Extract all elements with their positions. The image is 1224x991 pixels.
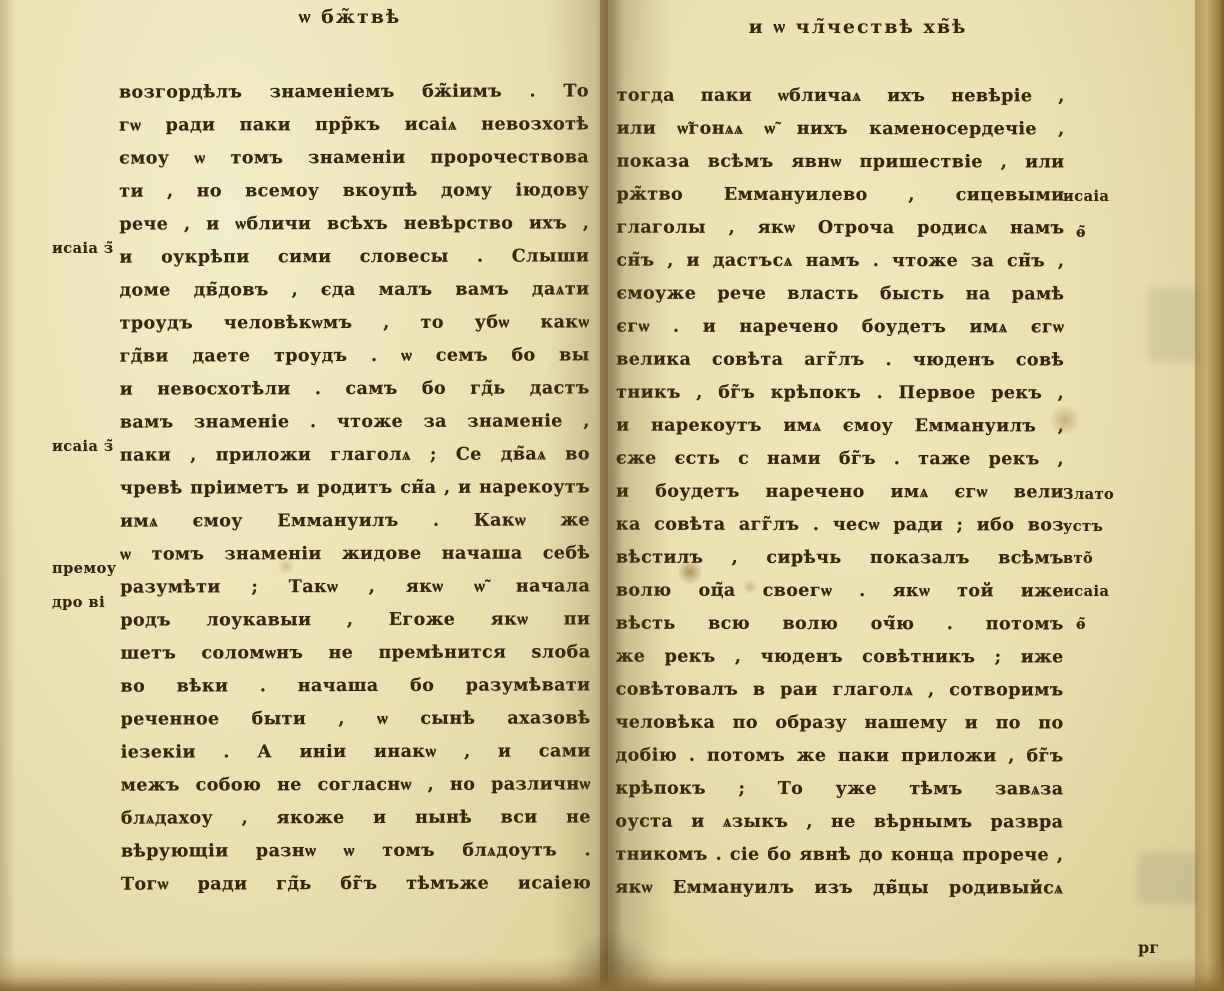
- text-line: и нарекоутъ имѧ ємоу Еммануилъ ,: [616, 410, 1064, 444]
- text-line: тникомъ . сіе бо явнѣ до конца прорече ,: [615, 839, 1063, 873]
- text-line: вамъ знаменіе . чтоже за знаменіе ,: [120, 405, 590, 439]
- text-line: велика совѣта агг̃лъ . чюденъ совѣ: [616, 344, 1064, 378]
- text-line: ѡ томъ знаменіи жидове начаша себѣ: [120, 537, 590, 571]
- text-line: рече , и ѡбличи всѣхъ невѣрство ихъ ,: [119, 207, 589, 241]
- text-line: ка совѣта агг̃лъ . чесѡ ради ; ибо воз: [616, 509, 1064, 543]
- text-line: вѣстилъ , сирѣчь показалъ всѣмъ: [616, 542, 1064, 576]
- text-line: родъ лоукавыи , Егоже якѡ пи: [120, 603, 590, 637]
- page-edge-right: [1194, 0, 1224, 991]
- text-line: чревѣ пріиметъ и родитъ сн̃а , и нарекоу…: [120, 471, 590, 505]
- text-line: добію . потомъ же паки приложи , бг̃ъ: [616, 740, 1064, 774]
- text-line: єже єсть с нами бг̃ъ . таже рекъ ,: [616, 443, 1064, 477]
- text-line: ємоу ѡ томъ знаменіи пророчествова: [119, 141, 589, 175]
- text-line: доме дв̃довъ , єда малъ вамъ даѧти: [119, 273, 589, 307]
- running-header-left: ѡ бж̃твѣ: [140, 6, 560, 29]
- text-line: вѣрующіи разнѡ ѡ томъ блѧдоутъ .: [121, 834, 591, 868]
- right-text-block: тогда паки ѡбличаѧ ихъ невѣріе , или ѡ̃г…: [615, 80, 1064, 906]
- text-line: ємоуже рече власть бысть на рамѣ: [616, 278, 1064, 312]
- margin-note: исаіа: [1063, 583, 1109, 600]
- page-number: рг: [1138, 938, 1159, 957]
- margin-note: исаіа з̃: [52, 438, 114, 455]
- margin-note: исаіа: [1063, 188, 1109, 205]
- text-line: реченное быти , ѡ сынѣ ахазовѣ: [121, 702, 591, 736]
- text-line: оуста и ѧзыкъ , не вѣрнымъ развра: [615, 806, 1063, 840]
- text-line: троудъ человѣкѡмъ , то убѡ какѡ: [120, 306, 590, 340]
- margin-note: устъ: [1063, 518, 1103, 535]
- text-line: человѣка по образу нашему и по по: [616, 707, 1064, 741]
- margin-note: ѳ̃: [1076, 616, 1086, 633]
- text-line: и оукрѣпи сими словесы . Слыши: [119, 240, 589, 274]
- text-line: или ѡ̃гонѧѧ ѡ̃ нихъ каменосердечіе ,: [617, 113, 1065, 147]
- text-line: глаголы , якѡ Отроча родисѧ намъ: [616, 212, 1064, 246]
- margin-note: вто̃: [1063, 550, 1093, 567]
- text-line: іезекіи . А иніи инакѡ , и сами: [121, 735, 591, 769]
- book-scan: ѡ бж̃твѣ возгордѣлъ знаменіемъ бж̃іимъ .…: [0, 0, 1224, 991]
- text-line: рж̃тво Еммануилево , сицевыми: [616, 179, 1064, 213]
- margin-note: дро ві: [52, 594, 105, 611]
- text-line: єгѡ . и наречено боудетъ имѧ єгѡ: [616, 311, 1064, 345]
- text-line: сн̃ъ , и дастъсѧ намъ . чтоже за сн̃ъ ,: [616, 245, 1064, 279]
- text-line: якѡ Еммануилъ изъ дв̃цы родивыйсѧ: [615, 872, 1063, 906]
- margin-note: исаіа з̃: [52, 240, 114, 257]
- text-line: гѡ ради паки прр̃къ исаіѧ невозхотѣ: [119, 108, 589, 142]
- left-text-block: возгордѣлъ знаменіемъ бж̃іимъ . То гѡ ра…: [119, 75, 591, 901]
- text-line: гд̃ви даете троудъ . ѡ семъ бо вы: [120, 339, 590, 373]
- text-line: Тогѡ ради гд̃ь бг̃ъ тѣмъже исаіею: [121, 867, 591, 901]
- running-header-right: и ѡ чл̃чествѣ хв̃ѣ: [638, 16, 1078, 39]
- text-line: возгордѣлъ знаменіемъ бж̃іимъ . То: [119, 75, 589, 109]
- text-line: и боудетъ наречено имѧ єгѡ вели: [616, 476, 1064, 510]
- text-line: же рекъ , чюденъ совѣтникъ ; иже: [616, 641, 1064, 675]
- text-line: совѣтовалъ в раи глаголѧ , сотворимъ: [616, 674, 1064, 708]
- text-line: во вѣки . начаша бо разумѣвати: [120, 669, 590, 703]
- margin-note: ѳ̃: [1076, 224, 1086, 241]
- right-page: и ѡ чл̃чествѣ хв̃ѣ тогда паки ѡбличаѧ их…: [608, 0, 1195, 991]
- margin-note: премоу: [52, 560, 117, 577]
- text-line: и невосхотѣли . самъ бо гд̃ь дастъ: [120, 372, 590, 406]
- text-line: межъ собою не согласнѡ , но различнѡ: [121, 768, 591, 802]
- text-line: волю оц̃а своегѡ . якѡ той иже: [616, 575, 1064, 609]
- text-line: показа всѣмъ явнѡ пришествіе , или: [617, 146, 1065, 180]
- text-line: ти , но всемоу вкоупѣ дому іюдову: [119, 174, 589, 208]
- text-line: блѧдахоу , якоже и нынѣ вси не: [121, 801, 591, 835]
- text-line: вѣсть всю волю оч̃ю . потомъ: [616, 608, 1064, 642]
- text-line: шетъ соломѡнъ не премѣнится ѕлоба: [120, 636, 590, 670]
- text-line: разумѣти ; Такѡ , якѡ ѡ̃ начала: [120, 570, 590, 604]
- text-line: паки , приложи глаголѧ ; Се дв̃аѧ во: [120, 438, 590, 472]
- text-line: имѧ ємоу Еммануилъ . Какѡ же: [120, 504, 590, 538]
- margin-note: Злато: [1063, 486, 1114, 503]
- left-page: ѡ бж̃твѣ возгордѣлъ знаменіемъ бж̃іимъ .…: [0, 0, 600, 991]
- text-line: крѣпокъ ; То уже тѣмъ завѧза: [615, 773, 1063, 807]
- text-line: тогда паки ѡбличаѧ ихъ невѣріе ,: [617, 80, 1065, 114]
- text-line: тникъ , бг̃ъ крѣпокъ . Первое рекъ ,: [616, 377, 1064, 411]
